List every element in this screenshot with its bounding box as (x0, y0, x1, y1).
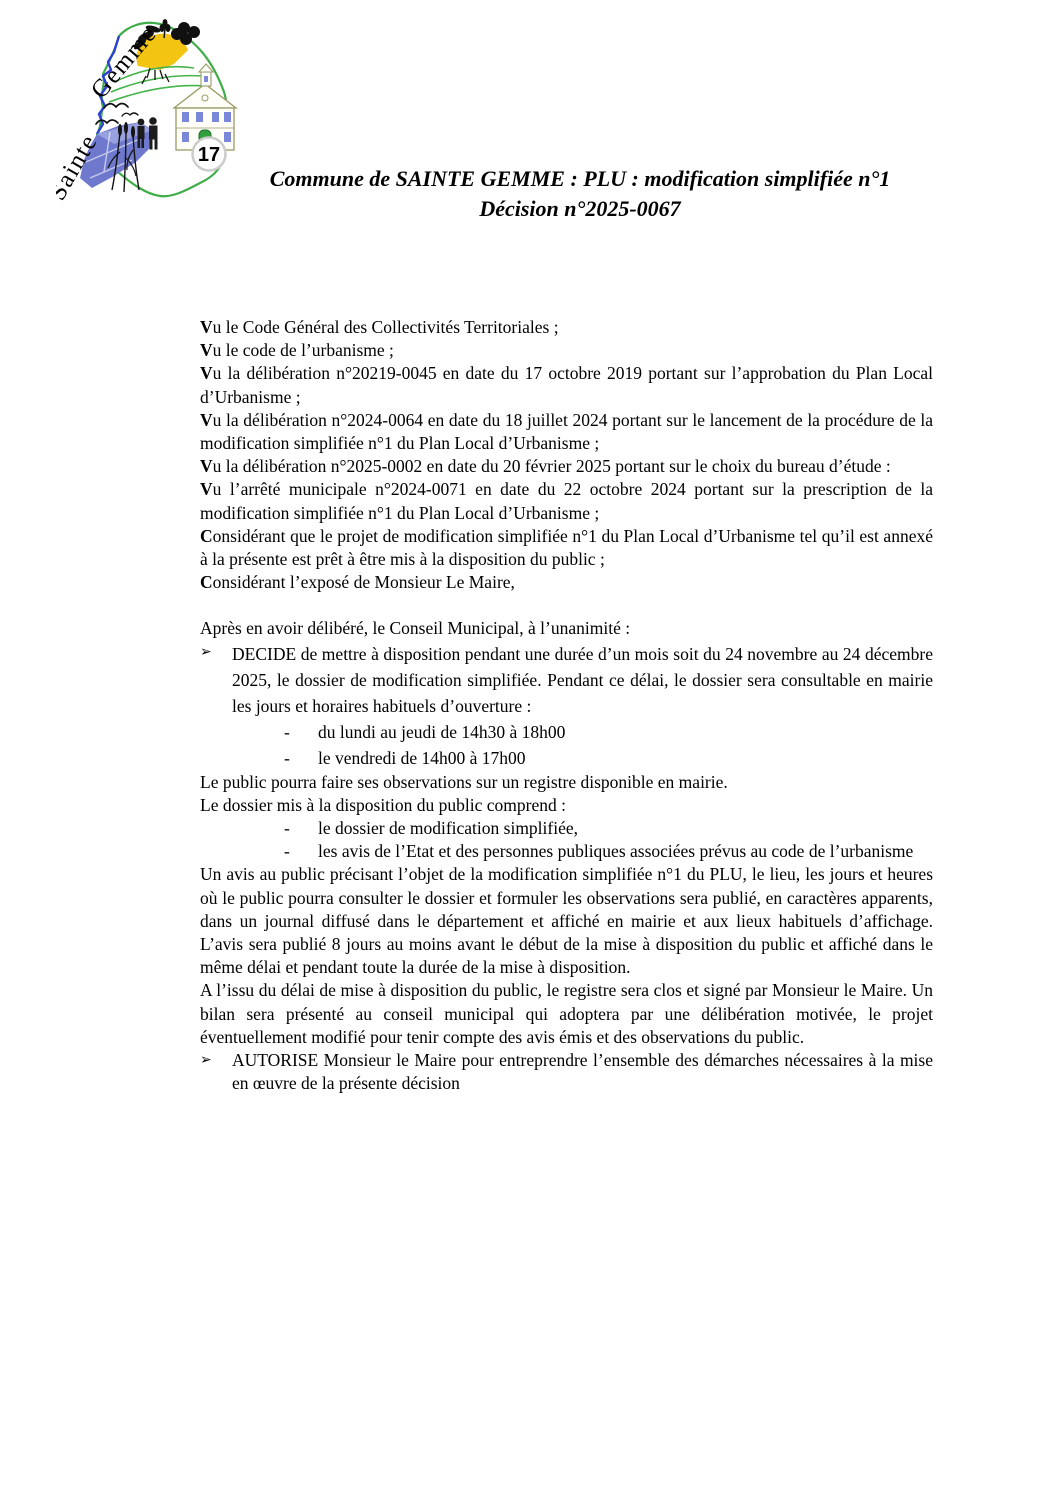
vu-clause: Vu le code de l’urbanisme ; (200, 339, 933, 362)
arrow-bullet-icon: ➢ (200, 641, 232, 664)
considerant-lead: C (200, 526, 213, 546)
dossier-item-text: le dossier de modification simplifiée, (318, 817, 933, 840)
blank-line (200, 594, 933, 617)
vu-clause: Vu l’arrêté municipale n°2024-0071 en da… (200, 478, 933, 524)
considerant-clause: Considérant l’exposé de Monsieur Le Mair… (200, 571, 933, 594)
vu-clause: Vu la délibération n°2024-0064 en date d… (200, 409, 933, 455)
considerant-text: onsidérant l’exposé de Monsieur Le Maire… (213, 572, 515, 592)
dash-bullet: - (284, 745, 318, 771)
document-page: 17 Sainte Gemme Commune de SAINTE GEMME … (0, 0, 1058, 1497)
dossier-intro: Le dossier mis à la disposition du publi… (200, 794, 933, 817)
vu-text: u la délibération n°20219-0045 en date d… (200, 363, 933, 406)
vu-text: u le code de l’urbanisme ; (213, 340, 394, 360)
dossier-item: - les avis de l’Etat et des personnes pu… (284, 840, 933, 863)
hours-item: - le vendredi de 14h00 à 17h00 (284, 745, 933, 771)
vu-lead: V (200, 317, 213, 337)
hours-text: du lundi au jeudi de 14h30 à 18h00 (318, 719, 933, 745)
vu-lead: V (200, 363, 213, 383)
considerant-clause: Considérant que le projet de modificatio… (200, 525, 933, 571)
decide-item: ➢ DECIDE de mettre à disposition pendant… (200, 641, 933, 719)
vu-lead: V (200, 456, 213, 476)
vu-lead: V (200, 340, 213, 360)
vu-text: u la délibération n°2025-0002 en date du… (213, 456, 891, 476)
decide-text: DECIDE de mettre à disposition pendant u… (232, 641, 933, 719)
department-number: 17 (198, 144, 220, 166)
dossier-item: - le dossier de modification simplifiée, (284, 817, 933, 840)
vu-lead: V (200, 410, 213, 430)
hours-text: le vendredi de 14h00 à 17h00 (318, 745, 933, 771)
bilan-paragraph: A l’issu du délai de mise à disposition … (200, 979, 933, 1049)
title-line-1: Commune de SAINTE GEMME : PLU : modifica… (180, 164, 980, 194)
deliberation-intro: Après en avoir délibéré, le Conseil Muni… (200, 617, 933, 640)
arrow-bullet-icon: ➢ (200, 1049, 232, 1072)
dash-bullet: - (284, 719, 318, 745)
hours-item: - du lundi au jeudi de 14h30 à 18h00 (284, 719, 933, 745)
avis-paragraph: Un avis au public précisant l’objet de l… (200, 863, 933, 979)
vu-text: u l’arrêté municipale n°2024-0071 en dat… (200, 479, 933, 522)
registre-paragraph: Le public pourra faire ses observations … (200, 771, 933, 794)
vu-clause: Vu la délibération n°20219-0045 en date … (200, 362, 933, 408)
autorise-item: ➢ AUTORISE Monsieur le Maire pour entrep… (200, 1049, 933, 1095)
vu-clause: Vu la délibération n°2025-0002 en date d… (200, 455, 933, 478)
title-line-2: Décision n°2025-0067 (180, 194, 980, 224)
vu-clause: Vu le Code Général des Collectivités Ter… (200, 316, 933, 339)
dash-bullet: - (284, 817, 318, 840)
dash-bullet: - (284, 840, 318, 863)
autorise-text: AUTORISE Monsieur le Maire pour entrepre… (232, 1049, 933, 1095)
considerant-text: onsidérant que le projet de modification… (200, 526, 933, 569)
vu-text: u le Code Général des Collectivités Terr… (213, 317, 559, 337)
document-title: Commune de SAINTE GEMME : PLU : modifica… (180, 164, 980, 224)
document-body: Vu le Code Général des Collectivités Ter… (200, 316, 933, 1095)
dossier-item-text: les avis de l’Etat et des personnes publ… (318, 840, 933, 863)
vu-lead: V (200, 479, 213, 499)
vu-text: u la délibération n°2024-0064 en date du… (200, 410, 933, 453)
considerant-lead: C (200, 572, 213, 592)
